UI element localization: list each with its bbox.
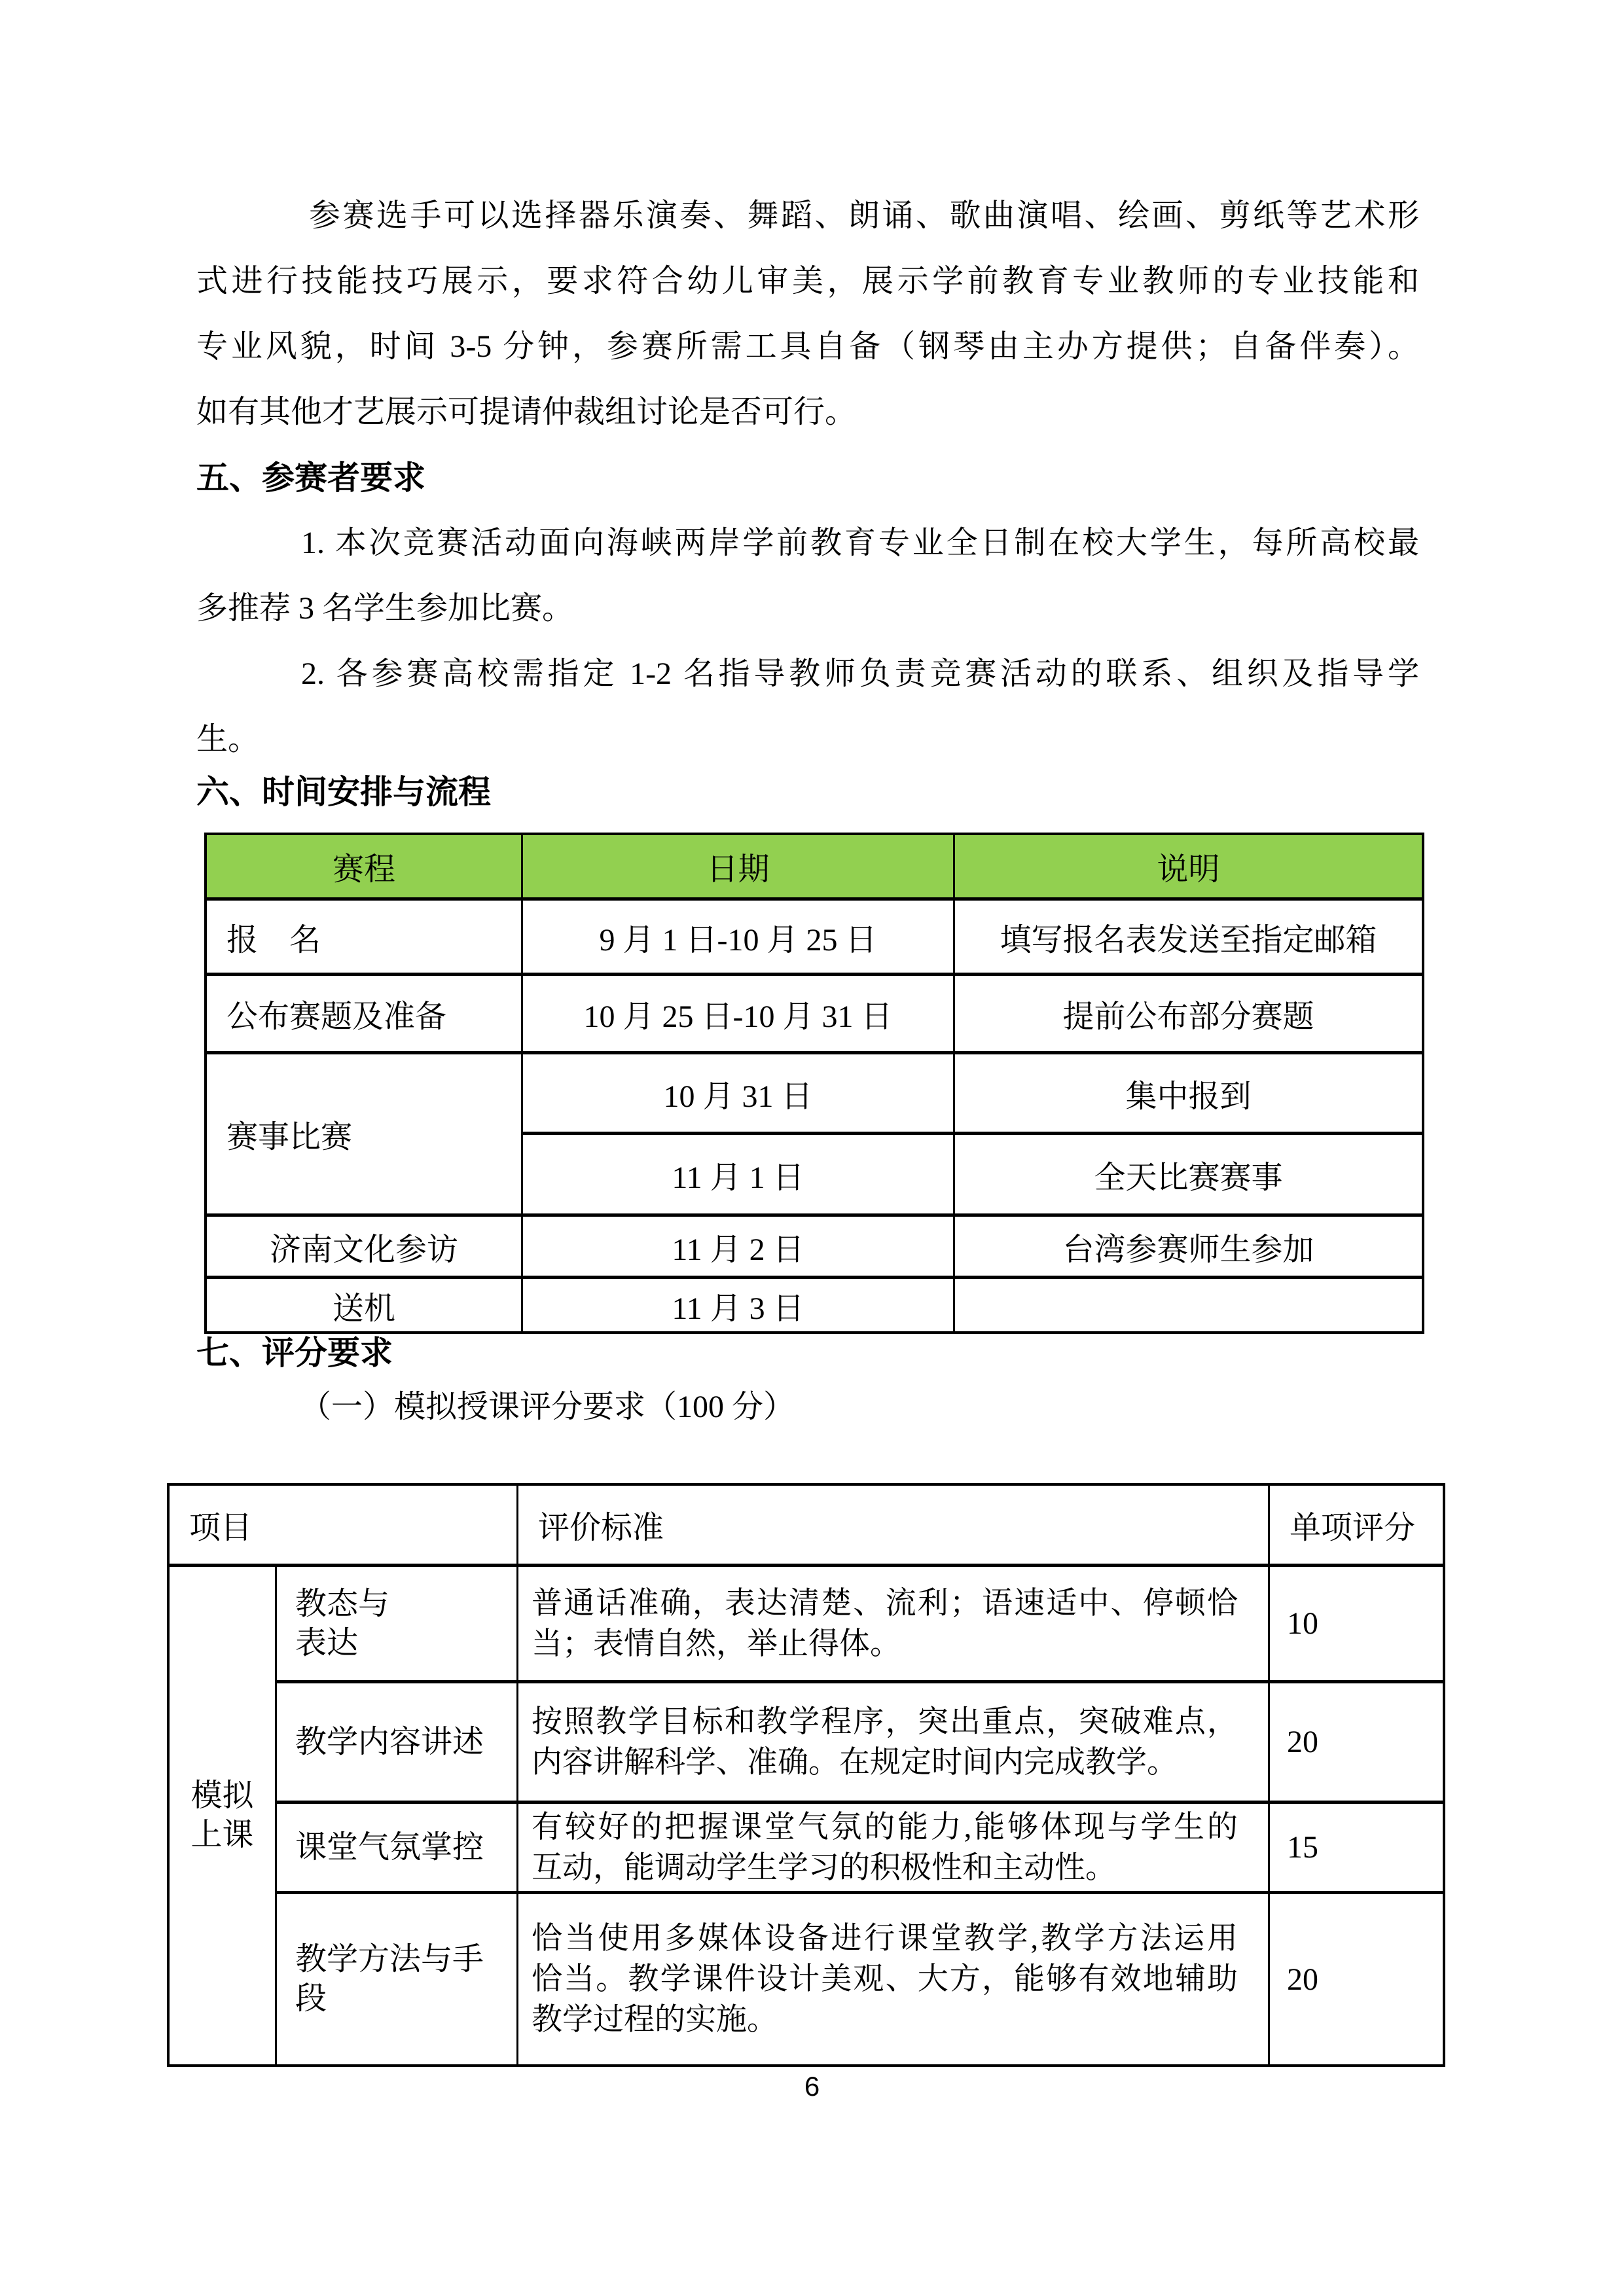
- paragraph-line: 2. 各参赛高校需指定 1-2 名指导教师负责竞赛活动的联系、组织及指导学: [196, 641, 1419, 707]
- scoring-row-criteria: 普通话准确，表达清楚、流利；语速适中、停顿恰 当；表情自然，举止得体。: [518, 1567, 1270, 1683]
- schedule-cell-note: 台湾参赛师生参加: [955, 1217, 1422, 1279]
- label-line: 表达: [295, 1624, 516, 1663]
- schedule-cell-stage-merged: 赛事比赛: [207, 1054, 523, 1217]
- schedule-cell-note: 集中报到: [955, 1054, 1422, 1135]
- scoring-row-score: 20: [1270, 1894, 1443, 2064]
- scoring-group-label: 模拟 上课: [170, 1567, 277, 2064]
- schedule-cell-date: 11 月 1 日: [523, 1135, 955, 1217]
- scoring-header-criteria: 评价标准: [518, 1486, 1270, 1567]
- schedule-cell-note: 提前公布部分赛题: [955, 976, 1422, 1054]
- schedule-cell-date: 10 月 25 日-10 月 31 日: [523, 976, 955, 1054]
- scoring-row-criteria: 按照教学目标和教学程序，突出重点，突破难点， 内容讲解科学、准确。在规定时间内完…: [518, 1683, 1270, 1804]
- schedule-cell-date: 10 月 31 日: [523, 1054, 955, 1135]
- scoring-header-item: 项目: [170, 1486, 518, 1567]
- scoring-row-label: 课堂气氛掌控: [277, 1804, 518, 1894]
- schedule-cell-stage: 公布赛题及准备: [207, 976, 523, 1054]
- label-line: 段: [295, 1979, 516, 2018]
- schedule-cell-date: 11 月 3 日: [523, 1279, 955, 1331]
- criteria-line: 互动，能调动学生学习的积极性和主动性。: [532, 1848, 1238, 1888]
- paragraph-line: 参赛选手可以选择器乐演奏、舞蹈、朗诵、歌曲演唱、绘画、剪纸等艺术形: [196, 183, 1419, 249]
- paragraph-line: 专业风貌，时间 3-5 分钟，参赛所需工具自备（钢琴由主办方提供；自备伴奏）。: [196, 314, 1419, 380]
- document-page: 参赛选手可以选择器乐演奏、舞蹈、朗诵、歌曲演唱、绘画、剪纸等艺术形 式进行技能技…: [0, 0, 1624, 2296]
- criteria-line: 普通话准确，表达清楚、流利；语速适中、停顿恰: [532, 1583, 1238, 1624]
- schedule-cell-date: 9 月 1 日-10 月 25 日: [523, 901, 955, 976]
- criteria-line: 教学过程的实施。: [532, 2000, 1238, 2040]
- label-line: 课堂气氛掌控: [295, 1828, 516, 1867]
- group-label-line: 上课: [190, 1816, 253, 1855]
- scoring-row-score: 20: [1270, 1683, 1443, 1804]
- paragraph-line: 多推荐 3 名学生参加比赛。: [196, 576, 1419, 641]
- schedule-cell-note: 填写报名表发送至指定邮箱: [955, 901, 1422, 976]
- intro-paragraph: 参赛选手可以选择器乐演奏、舞蹈、朗诵、歌曲演唱、绘画、剪纸等艺术形 式进行技能技…: [196, 183, 1419, 445]
- schedule-header-date: 日期: [523, 835, 955, 901]
- criteria-line: 当；表情自然，举止得体。: [532, 1624, 1238, 1664]
- schedule-cell-stage: 报 名: [207, 901, 523, 976]
- criteria-line: 按照教学目标和教学程序，突出重点，突破难点，: [532, 1702, 1238, 1742]
- schedule-cell-stage: 送机: [207, 1279, 523, 1331]
- section6-heading: 六、时间安排与流程: [196, 759, 491, 825]
- scoring-header-score: 单项评分: [1270, 1486, 1443, 1567]
- schedule-table: 赛程 日期 说明 报 名 9 月 1 日-10 月 25 日 填写报名表发送至指…: [204, 833, 1424, 1334]
- schedule-cell-note: 全天比赛赛事: [955, 1135, 1422, 1217]
- section5-item1: 1. 本次竞赛活动面向海峡两岸学前教育专业全日制在校大学生，每所高校最 多推荐 …: [196, 511, 1419, 641]
- scoring-row-criteria: 有较好的把握课堂气氛的能力,能够体现与学生的 互动，能调动学生学习的积极性和主动…: [518, 1804, 1270, 1894]
- paragraph-line: 式进行技能技巧展示，要求符合幼儿审美，展示学前教育专业教师的专业技能和: [196, 249, 1419, 314]
- criteria-line: 有较好的把握课堂气氛的能力,能够体现与学生的: [532, 1807, 1238, 1848]
- paragraph-line: 1. 本次竞赛活动面向海峡两岸学前教育专业全日制在校大学生，每所高校最: [196, 511, 1419, 576]
- criteria-line: 恰当。教学课件设计美观、大方，能够有效地辅助: [532, 1959, 1238, 2000]
- schedule-header-note: 说明: [955, 835, 1422, 901]
- scoring-row-label: 教学内容讲述: [277, 1683, 518, 1804]
- section5-item2: 2. 各参赛高校需指定 1-2 名指导教师负责竞赛活动的联系、组织及指导学 生。: [196, 641, 1419, 772]
- criteria-line: 恰当使用多媒体设备进行课堂教学,教学方法运用: [532, 1918, 1238, 1959]
- schedule-cell-note: [955, 1279, 1422, 1331]
- scoring-row-label: 教态与 表达: [277, 1567, 518, 1683]
- section5-heading: 五、参赛者要求: [196, 445, 425, 511]
- label-line: 教态与: [295, 1585, 516, 1624]
- label-line: 教学内容讲述: [295, 1723, 516, 1762]
- paragraph-line: 如有其他才艺展示可提请仲裁组讨论是否可行。: [196, 380, 1419, 445]
- scoring-row-score: 10: [1270, 1567, 1443, 1683]
- scoring-row-criteria: 恰当使用多媒体设备进行课堂教学,教学方法运用 恰当。教学课件设计美观、大方，能够…: [518, 1894, 1270, 2064]
- schedule-header-stage: 赛程: [207, 835, 523, 901]
- page-number: 6: [0, 2067, 1624, 2106]
- schedule-cell-stage: 济南文化参访: [207, 1217, 523, 1279]
- scoring-table: 项目 评价标准 单项评分 模拟 上课 教态与 表达 普通话准确，表达清楚、流利；…: [167, 1483, 1445, 2067]
- schedule-cell-date: 11 月 2 日: [523, 1217, 955, 1279]
- section7-heading: 七、评分要求: [196, 1330, 393, 1376]
- group-label-line: 模拟: [190, 1776, 253, 1816]
- criteria-line: 内容讲解科学、准确。在规定时间内完成教学。: [532, 1742, 1238, 1783]
- scoring-row-label: 教学方法与手 段: [277, 1894, 518, 2064]
- scoring-row-score: 15: [1270, 1804, 1443, 1894]
- label-line: 教学方法与手: [295, 1940, 516, 1979]
- section7-subheading: （一）模拟授课评分要求（100 分）: [196, 1381, 1419, 1433]
